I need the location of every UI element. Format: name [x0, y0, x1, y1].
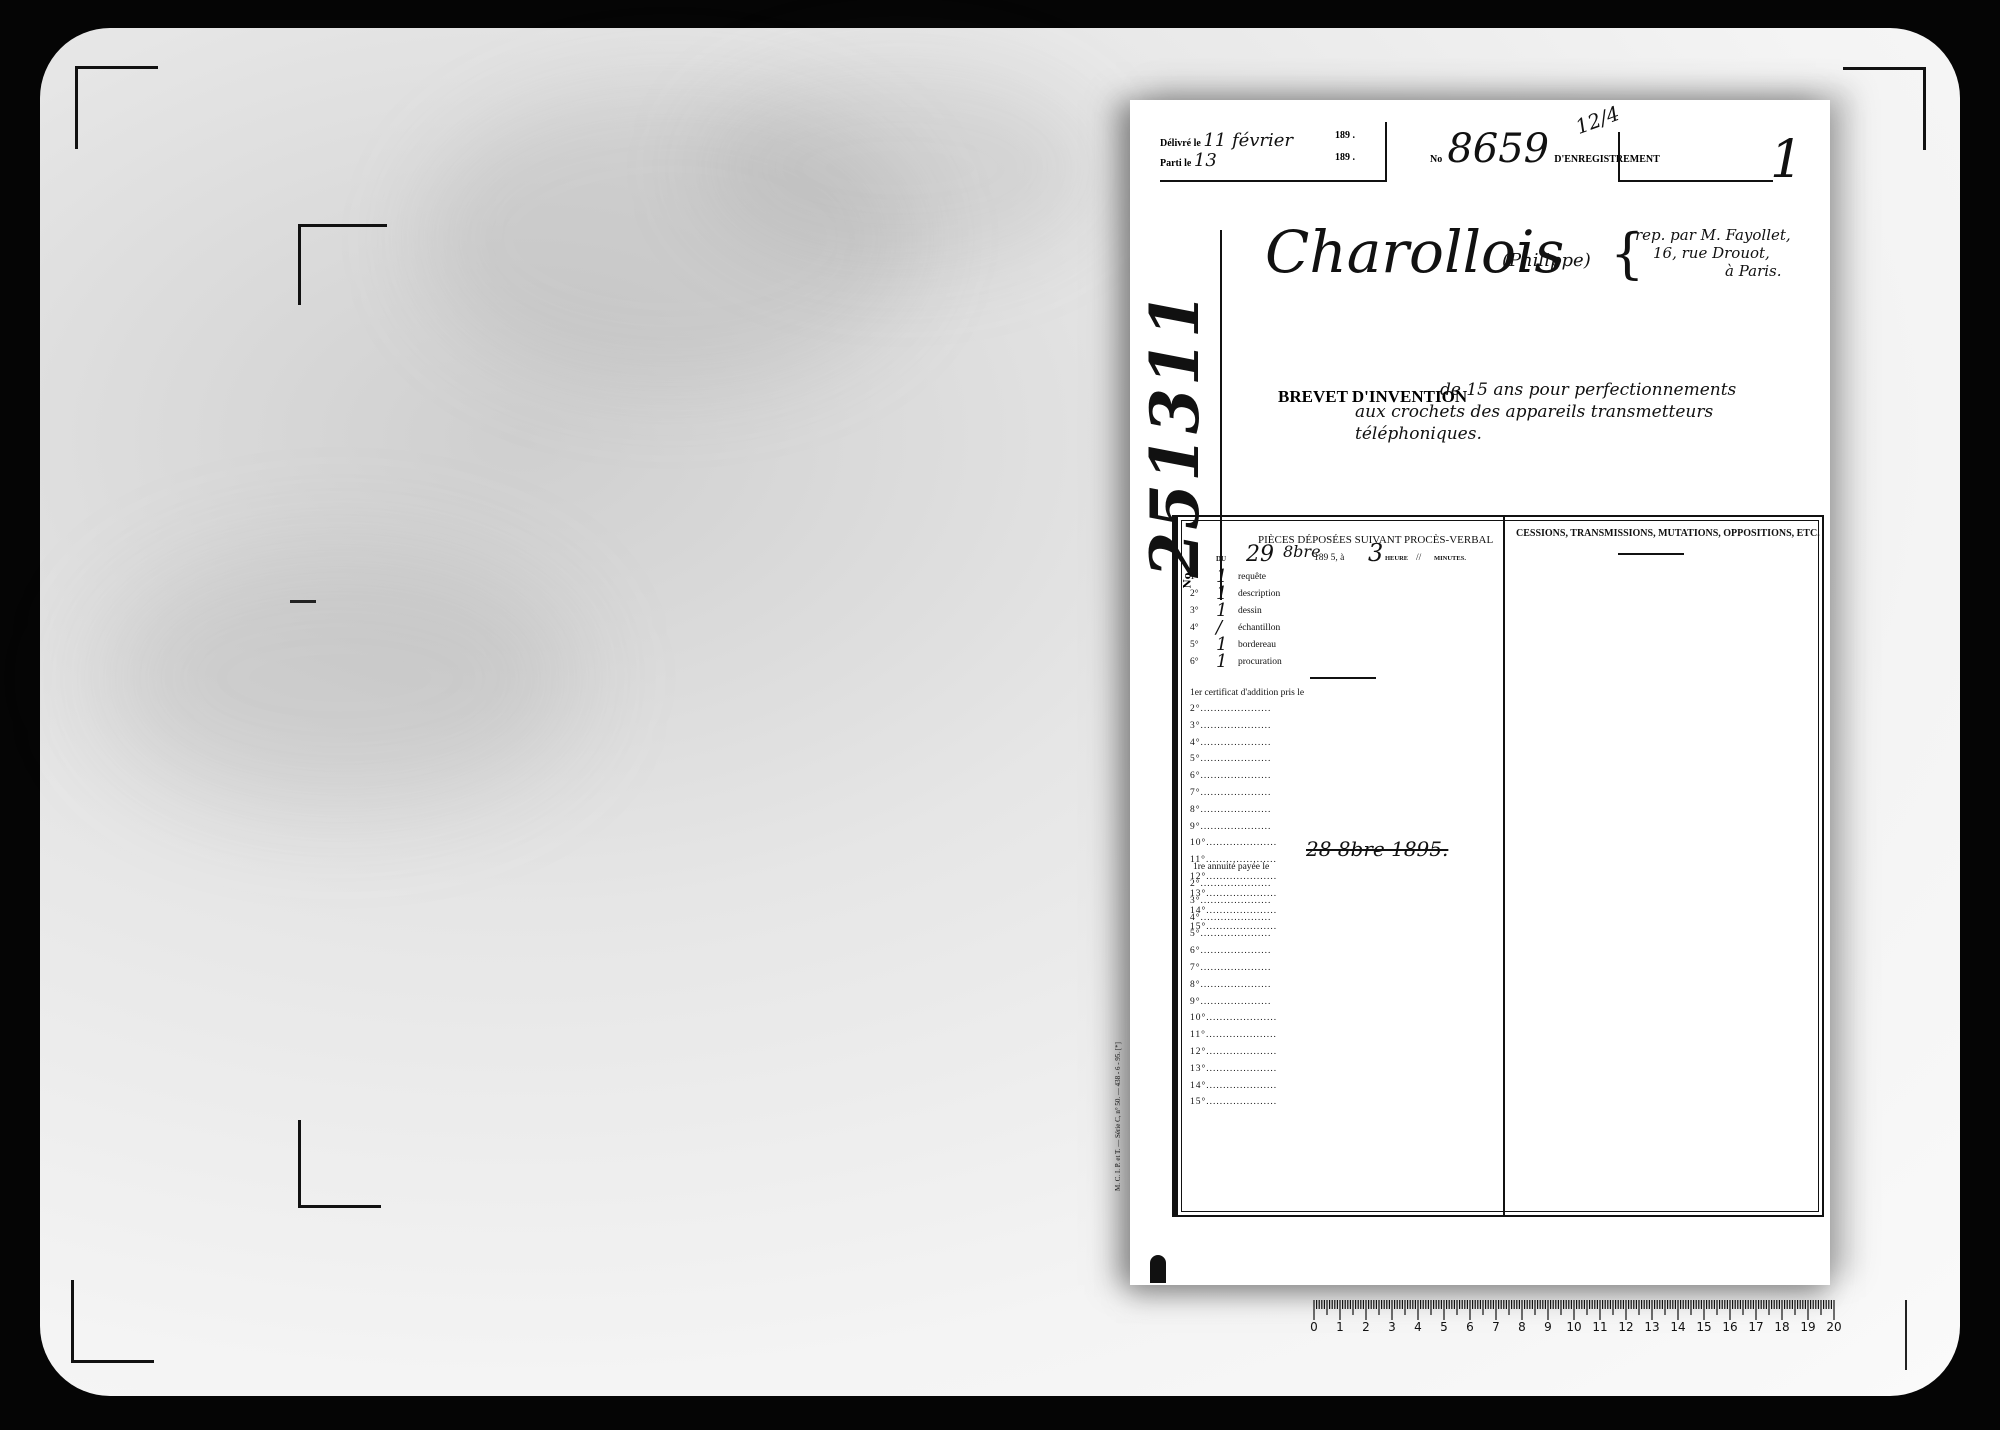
enregistrement: No 8659 D'ENREGISTREMENT — [1430, 126, 1660, 172]
crop-mark-top-left-outer — [75, 66, 158, 149]
ruler-label: 8 — [1518, 1320, 1526, 1334]
piece-ordinal: 2° — [1190, 589, 1199, 599]
annuite-first: 1re annuité payée le — [1193, 862, 1269, 872]
piece-label: procuration — [1238, 657, 1282, 667]
piece-label: dessin — [1238, 606, 1262, 616]
ruler-label: 16 — [1722, 1320, 1737, 1334]
delivery-box: Délivré le 11 février 189 . Parti le 13 … — [1160, 122, 1387, 182]
representative-line: 16, rue Drouot, — [1635, 244, 1825, 262]
register-line: 10°..................... — [1190, 838, 1277, 848]
hour-value: 3 — [1368, 539, 1383, 567]
ruler-ticks — [1311, 1300, 1837, 1320]
representative: rep. par M. Fayollet, 16, rue Drouot, à … — [1635, 226, 1825, 280]
ruler-label: 11 — [1592, 1320, 1607, 1334]
register-line: 14°..................... — [1190, 1081, 1277, 1091]
piece-ordinal: 1° — [1190, 572, 1199, 582]
ruler-label: 0 — [1310, 1320, 1318, 1334]
ruler-label: 1 — [1336, 1320, 1344, 1334]
ruler-label: 5 — [1440, 1320, 1448, 1334]
sheet-number: 1 — [1770, 130, 1803, 190]
annuite-date: 28 8bre 1895. — [1306, 837, 1448, 861]
ruler-label: 12 — [1618, 1320, 1633, 1334]
representative-line: rep. par M. Fayollet, — [1635, 226, 1825, 244]
date-day: 29 — [1246, 542, 1274, 567]
register-line: 15°..................... — [1190, 1097, 1277, 1107]
register-line: 9°..................... — [1190, 997, 1271, 1007]
piece-label: bordereau — [1238, 640, 1276, 650]
crop-mark-top-right-outer — [1843, 67, 1926, 150]
representative-line: à Paris. — [1635, 262, 1825, 280]
register-line: 5°..................... — [1190, 929, 1271, 939]
minutes-value: // — [1416, 553, 1421, 563]
title-line-2: aux crochets des appareils transmetteurs — [1355, 402, 1713, 422]
ruler-label: 15 — [1696, 1320, 1711, 1334]
ruler-label: 19 — [1800, 1320, 1815, 1334]
ruler-label: 20 — [1826, 1320, 1841, 1334]
ruler-label: 4 — [1414, 1320, 1422, 1334]
parti-year: 189 . — [1335, 152, 1395, 163]
register-line: 3°..................... — [1190, 721, 1271, 731]
crop-mark-bottom-left-outer — [71, 1280, 154, 1363]
register-line: 4°..................... — [1190, 913, 1271, 923]
enregistrement-number: 8659 — [1447, 126, 1549, 172]
scale-ruler: 01234567891011121314151617181920 — [1305, 1298, 1845, 1338]
register-line: 2°..................... — [1190, 704, 1271, 714]
crop-mark-bottom-left-inner — [298, 1120, 381, 1208]
cessions-heading: CESSIONS, TRANSMISSIONS, MUTATIONS, OPPO… — [1516, 528, 1820, 539]
no-label: No — [1430, 154, 1442, 165]
register-line: 5°..................... — [1190, 754, 1271, 764]
register-line: 10°..................... — [1190, 1013, 1277, 1023]
printer-mark: M. C. I. P. et T. — Série C, n° 50. — 43… — [1114, 971, 1122, 1191]
register-line: 4°..................... — [1190, 738, 1271, 748]
register-line: 8°..................... — [1190, 805, 1271, 815]
ruler-label: 7 — [1492, 1320, 1500, 1334]
register-table: PIÈCES DÉPOSÉES SUIVANT PROCÈS-VERBAL DU… — [1172, 515, 1824, 1217]
register-line: 7°..................... — [1190, 963, 1271, 973]
crop-mark-bottom-right-outer — [1905, 1300, 1907, 1370]
ruler-label: 13 — [1644, 1320, 1659, 1334]
register-line: 12°..................... — [1190, 1047, 1277, 1057]
piece-count: 1 — [1216, 651, 1227, 672]
piece-ordinal: 6° — [1190, 657, 1199, 667]
ruler-label: 6 — [1466, 1320, 1474, 1334]
register-line: 6°..................... — [1190, 946, 1271, 956]
ruler-label: 9 — [1544, 1320, 1552, 1334]
piece-label: échantillon — [1238, 623, 1280, 633]
ink-blot — [1150, 1255, 1166, 1283]
title-line-1: de 15 ans pour perfectionnements — [1440, 380, 1736, 400]
ruler-label: 2 — [1362, 1320, 1370, 1334]
piece-ordinal: 5° — [1190, 640, 1199, 650]
delivre-year: 189 . — [1335, 130, 1395, 141]
register-line: 11°..................... — [1190, 1030, 1277, 1040]
applicant-first-name: (Philippe) — [1502, 250, 1591, 271]
ruler-label: 14 — [1670, 1320, 1685, 1334]
ruler-label: 10 — [1566, 1320, 1581, 1334]
minutes-label: MINUTES. — [1434, 555, 1466, 562]
date-year: 189 5, à — [1314, 553, 1344, 563]
crop-mark-top-left-inner — [298, 224, 387, 305]
piece-ordinal: 4° — [1190, 623, 1199, 633]
register-line: 8°..................... — [1190, 980, 1271, 990]
title-line-3: téléphoniques. — [1355, 424, 1482, 444]
specks — [290, 600, 316, 603]
piece-label: requête — [1238, 572, 1266, 582]
parti-label: Parti le — [1160, 158, 1191, 169]
ruler-label: 18 — [1774, 1320, 1789, 1334]
piece-ordinal: 3° — [1190, 606, 1199, 616]
du-label: DU — [1216, 555, 1226, 563]
delivre-label: Délivré le — [1160, 138, 1201, 149]
register-line: 13°..................... — [1190, 1064, 1277, 1074]
piece-label: description — [1238, 589, 1280, 599]
register-line: 9°..................... — [1190, 822, 1271, 832]
hour-label: HEURE — [1385, 555, 1408, 562]
delivre-value: 11 février — [1203, 130, 1293, 151]
ruler-label: 3 — [1388, 1320, 1396, 1334]
parti-value: 13 — [1194, 150, 1217, 171]
certificat-first: 1er certificat d'addition pris le — [1190, 688, 1304, 698]
enregistrement-label: D'ENREGISTREMENT — [1554, 154, 1660, 165]
register-line: 3°..................... — [1190, 896, 1271, 906]
ruler-label: 17 — [1748, 1320, 1763, 1334]
register-line: 6°..................... — [1190, 771, 1271, 781]
register-line: 7°..................... — [1190, 788, 1271, 798]
patent-register-card: Délivré le 11 février 189 . Parti le 13 … — [1130, 100, 1830, 1285]
register-line: 2°..................... — [1190, 879, 1271, 889]
